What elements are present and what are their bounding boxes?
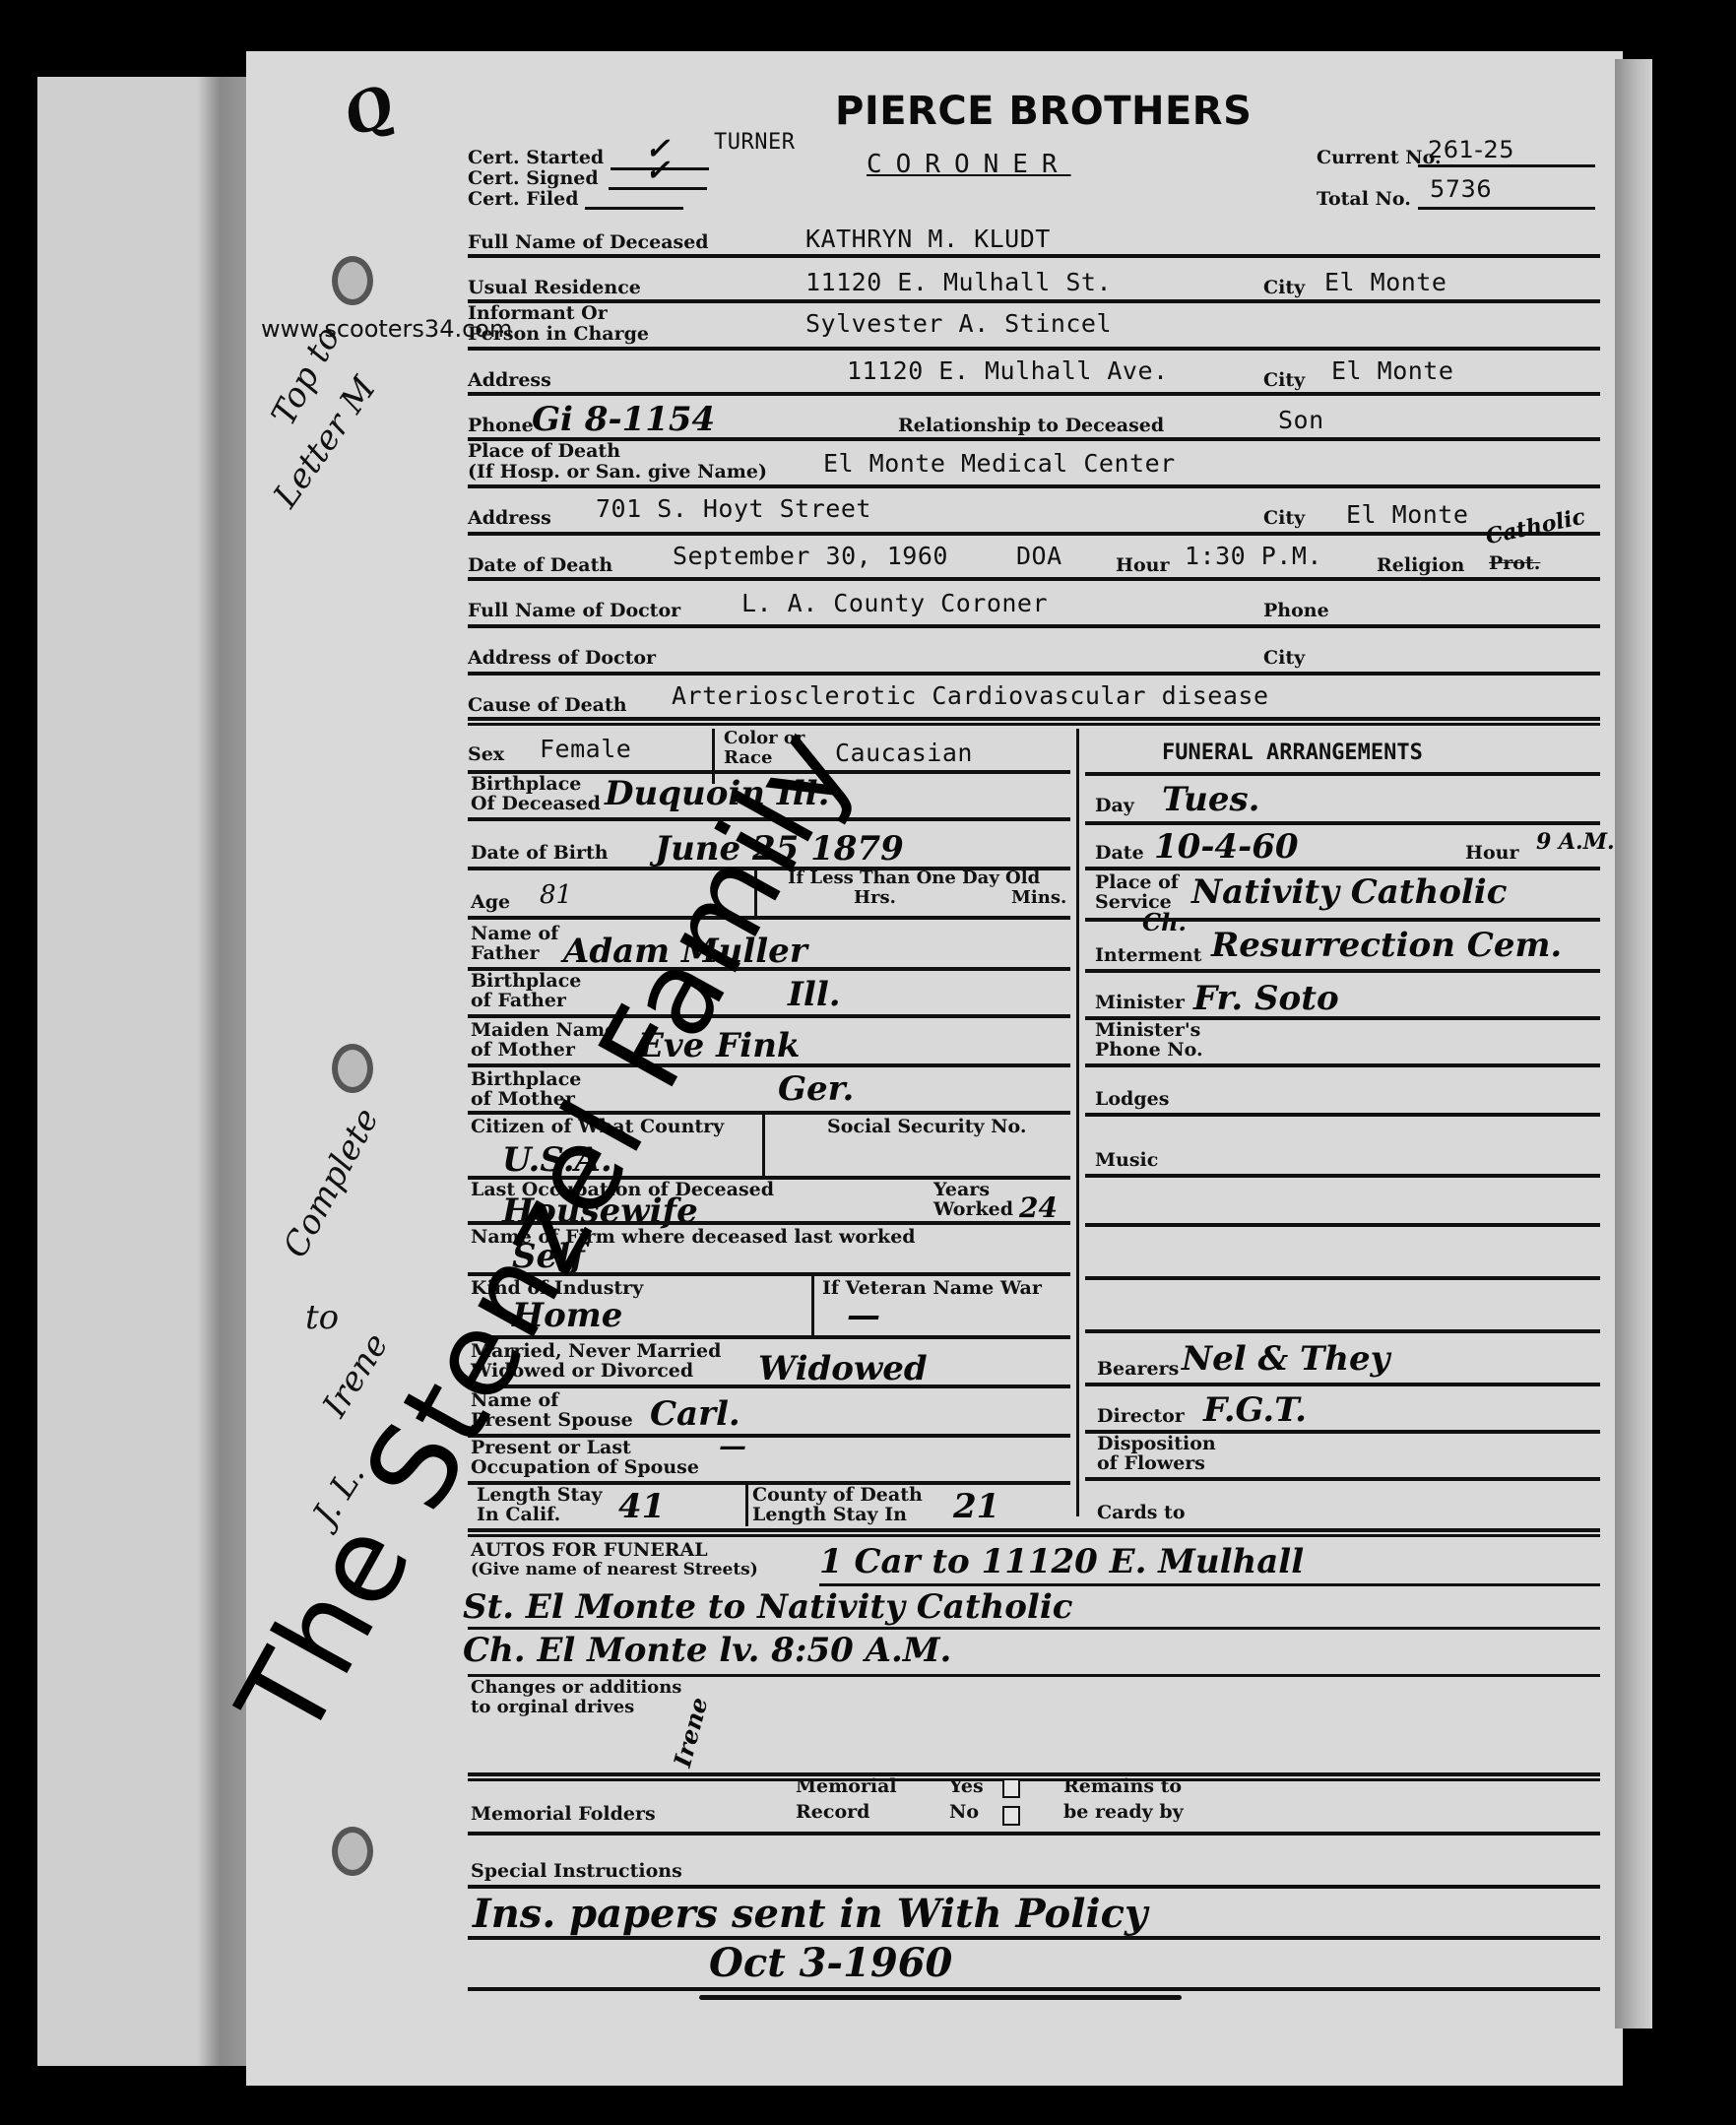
rule — [585, 207, 683, 210]
age-value: 81 — [540, 880, 572, 910]
spouse-value: Carl. — [650, 1394, 740, 1434]
rule — [1085, 1113, 1600, 1117]
special-line-1: Ins. papers sent in With Policy — [473, 1891, 1147, 1937]
no-label: No — [949, 1802, 979, 1822]
rule — [468, 624, 1600, 628]
remains-label: Remains to — [1063, 1776, 1182, 1796]
marital-value: Widowed — [758, 1349, 928, 1388]
rule — [1085, 969, 1600, 973]
rule — [468, 672, 1600, 676]
autos-label: AUTOS FOR FUNERAL — [471, 1540, 708, 1560]
mins-label: Mins. — [1011, 888, 1066, 907]
stay-calif-label: Length Stay — [477, 1485, 603, 1505]
funeral-date-label: Date — [1095, 843, 1144, 863]
residence-city-label: City — [1263, 278, 1305, 297]
service-place-value: Nativity Catholic — [1191, 872, 1507, 912]
special-line-2: Oct 3-1960 — [709, 1940, 952, 1986]
doa-value: DOA — [1016, 542, 1062, 570]
yes-checkbox[interactable] — [1002, 1778, 1020, 1798]
rule — [468, 577, 1600, 581]
religion-label: Religion — [1377, 555, 1464, 575]
changes-label: Changes or additions — [471, 1678, 681, 1697]
date-of-death-value: September 30, 1960 — [673, 542, 948, 570]
rule — [468, 347, 1600, 351]
rule — [1085, 1329, 1600, 1333]
rule — [468, 1627, 1600, 1630]
stay-calif-value: 41 — [618, 1487, 665, 1526]
interment-label: Interment — [1095, 945, 1201, 965]
rule — [468, 1384, 1070, 1388]
rule — [1085, 1383, 1600, 1386]
sex-value: Female — [540, 735, 631, 763]
minister-phone-label: Minister's — [1095, 1020, 1200, 1040]
hour-label: Hour — [1116, 555, 1169, 575]
minister-label: Minister — [1095, 993, 1185, 1012]
dob-label: Date of Birth — [471, 843, 609, 863]
date-of-death-label: Date of Death — [468, 555, 612, 575]
cause-label: Cause of Death — [468, 695, 627, 715]
rule — [1085, 1276, 1600, 1280]
rule — [468, 1772, 1600, 1776]
religion-struck-value: Prot. — [1489, 553, 1540, 573]
special-instructions-label: Special Instructions — [471, 1861, 682, 1881]
cert-filed-label: Cert. Filed — [468, 189, 579, 209]
column-divider — [1076, 729, 1079, 1516]
death-address-label: Address — [468, 508, 551, 528]
sheet-shadow — [197, 77, 248, 2066]
rule — [1085, 1174, 1600, 1178]
years-worked-label: Years — [933, 1180, 990, 1199]
veteran-label: If Veteran Name War — [822, 1278, 1042, 1298]
rule — [1085, 821, 1600, 825]
page-edge-shadow — [1615, 59, 1652, 2028]
underline-stroke — [699, 1995, 1182, 2000]
punch-hole-icon — [332, 256, 373, 305]
rule — [1418, 207, 1595, 210]
mother-label-2: of Mother — [471, 1040, 575, 1060]
sex-label: Sex — [468, 744, 504, 764]
rule — [468, 392, 1600, 396]
funeral-day-label: Day — [1095, 796, 1134, 815]
autos-line-1: 1 Car to 11120 E. Mulhall — [819, 1542, 1304, 1581]
death-address-value: 701 S. Hoyt Street — [596, 494, 871, 523]
phone-label: Phone — [468, 416, 534, 435]
informant-value: Sylvester A. Stincel — [805, 309, 1112, 338]
rule — [819, 1583, 1600, 1586]
lodges-label: Lodges — [1095, 1089, 1169, 1109]
funeral-hour-label: Hour — [1465, 843, 1518, 863]
residence-city-value: El Monte — [1324, 268, 1447, 296]
address-city-label: City — [1263, 370, 1305, 390]
rule — [1085, 1477, 1600, 1481]
doctor-label: Full Name of Doctor — [468, 601, 680, 620]
director-label: Director — [1097, 1406, 1185, 1426]
rule — [609, 187, 707, 190]
rule — [468, 484, 1600, 488]
funeral-hour-value: 9 A.M. — [1536, 829, 1615, 855]
address-label: Address — [468, 370, 551, 390]
divider — [762, 1113, 765, 1176]
rule — [468, 1528, 1600, 1532]
address-value: 11120 E. Mulhall Ave. — [847, 356, 1169, 385]
funeral-section-title: FUNERAL ARRANGEMENTS — [1162, 741, 1423, 765]
rule — [468, 532, 1600, 536]
yes-label: Yes — [949, 1776, 984, 1796]
residence-value: 11120 E. Mulhall St. — [805, 268, 1112, 296]
stay-county-label-2: Length Stay In — [752, 1505, 907, 1524]
rule — [468, 299, 1600, 303]
rule — [468, 1778, 1600, 1781]
father-label-2: Father — [471, 943, 539, 963]
ssn-label: Social Security No. — [827, 1117, 1027, 1136]
rule — [1085, 772, 1600, 776]
rule — [1418, 164, 1595, 167]
rule — [468, 1534, 1600, 1537]
residence-label: Usual Residence — [468, 278, 641, 297]
rule — [468, 1936, 1600, 1940]
total-no-label: Total No. — [1317, 189, 1411, 209]
cert-signed-check: ✓ — [645, 154, 670, 188]
minister-value: Fr. Soto — [1193, 979, 1339, 1018]
stay-calif-label-2: In Calif. — [477, 1505, 560, 1524]
interment-value: Resurrection Cem. — [1211, 926, 1562, 965]
father-birthplace-label-2: of Father — [471, 991, 566, 1010]
autos-line-3: Ch. El Monte lv. 8:50 A.M. — [463, 1631, 951, 1670]
years-worked-label-2: Worked — [933, 1199, 1013, 1219]
full-name-value: KATHRYN M. KLUDT — [805, 225, 1051, 253]
rule — [468, 1014, 1070, 1018]
flowers-label-2: of Flowers — [1097, 1453, 1205, 1473]
spouse-occupation-label-2: Occupation of Spouse — [471, 1457, 699, 1477]
current-no-value: 261-25 — [1428, 136, 1514, 163]
rule — [468, 254, 1600, 258]
years-worked-value: 24 — [1019, 1191, 1058, 1224]
doctor-value: L. A. County Coroner — [741, 589, 1048, 617]
address-city-value: El Monte — [1331, 356, 1453, 385]
funeral-home-title: PIERCE BROTHERS — [835, 89, 1252, 134]
minister-phone-label-2: Phone No. — [1095, 1040, 1203, 1060]
memorial-folders-label: Memorial Folders — [471, 1804, 656, 1824]
funeral-date-value: 10-4-60 — [1154, 827, 1299, 867]
father-birthplace-label: Birthplace — [471, 971, 581, 991]
rule — [1085, 918, 1600, 922]
relationship-value: Son — [1278, 406, 1324, 434]
remains-label-2: be ready by — [1063, 1802, 1184, 1822]
full-name-label: Full Name of Deceased — [468, 232, 709, 252]
death-city-label: City — [1263, 508, 1305, 528]
hrs-label: Hrs. — [854, 888, 896, 907]
service-place-cont: Ch. — [1142, 908, 1187, 936]
relationship-label: Relationship to Deceased — [898, 416, 1164, 435]
rule — [468, 437, 1600, 441]
mother-birthplace-value: Ger. — [778, 1069, 854, 1109]
flowers-label: Disposition — [1097, 1434, 1216, 1453]
cards-label: Cards to — [1097, 1503, 1186, 1522]
funeral-day-value: Tues. — [1162, 780, 1260, 819]
doctor-phone-label: Phone — [1263, 601, 1329, 620]
rule — [468, 1832, 1600, 1835]
cause-value: Arteriosclerotic Cardiovascular disease — [672, 681, 1269, 710]
doctor-city-label: City — [1263, 648, 1305, 668]
place-of-death-label-2: (If Hosp. or San. give Name) — [468, 462, 767, 482]
autos-line-2: St. El Monte to Nativity Catholic — [463, 1587, 1072, 1627]
birthplace-label: Birthplace — [471, 774, 581, 794]
punch-hole-icon — [332, 1044, 373, 1093]
rule — [1085, 1063, 1600, 1067]
age-label: Age — [471, 892, 510, 912]
hour-value: 1:30 P.M. — [1185, 542, 1322, 570]
divider — [745, 1483, 748, 1526]
rule — [1085, 867, 1600, 870]
rule — [1085, 1223, 1600, 1227]
margin-note-to: to — [305, 1298, 339, 1337]
divider — [811, 1274, 814, 1335]
record-type: CORONER — [867, 150, 1071, 179]
no-checkbox[interactable] — [1002, 1806, 1020, 1826]
total-no-value: 5736 — [1430, 175, 1492, 203]
bearers-value: Nel & They — [1182, 1339, 1389, 1379]
director-value: F.G.T. — [1203, 1390, 1307, 1430]
father-birthplace-value: Ill. — [788, 975, 841, 1014]
punch-hole-icon — [332, 1827, 373, 1876]
memorial-record-label-2: Record — [796, 1802, 869, 1822]
autos-label-2: (Give name of nearest Streets) — [471, 1560, 758, 1579]
veteran-value: — — [847, 1296, 880, 1335]
rule — [468, 1987, 1600, 1991]
less-than-day-label: If Less Than One Day Old — [788, 869, 1040, 887]
spouse-occupation-value: — — [719, 1430, 746, 1462]
informant-label-2: Person in Charge — [468, 324, 649, 344]
stay-county-label: County of Death — [752, 1485, 923, 1505]
rule — [468, 717, 1600, 721]
rule — [468, 1885, 1600, 1889]
doctor-address-label: Address of Doctor — [468, 648, 656, 668]
place-of-death-value: El Monte Medical Center — [823, 449, 1176, 478]
handler-name: TURNER — [714, 130, 795, 155]
place-of-death-label: Place of Death — [468, 441, 620, 461]
death-city-value: El Monte — [1346, 500, 1468, 529]
rule — [468, 723, 1600, 726]
phone-value: Gi 8-1154 — [532, 400, 715, 439]
informant-label: Informant Or — [468, 303, 608, 323]
cert-started-label: Cert. Started — [468, 148, 604, 167]
memorial-record-label: Memorial — [796, 1776, 897, 1796]
cert-signed-label: Cert. Signed — [468, 168, 599, 188]
stay-county-value: 21 — [953, 1487, 999, 1526]
bearers-label: Bearers — [1097, 1359, 1179, 1379]
service-place-label: Place of — [1095, 872, 1179, 892]
father-label: Name of — [471, 924, 558, 943]
music-label: Music — [1095, 1150, 1158, 1170]
changes-label-2: to orginal drives — [471, 1698, 634, 1716]
birthplace-label-2: Of Deceased — [471, 794, 601, 813]
